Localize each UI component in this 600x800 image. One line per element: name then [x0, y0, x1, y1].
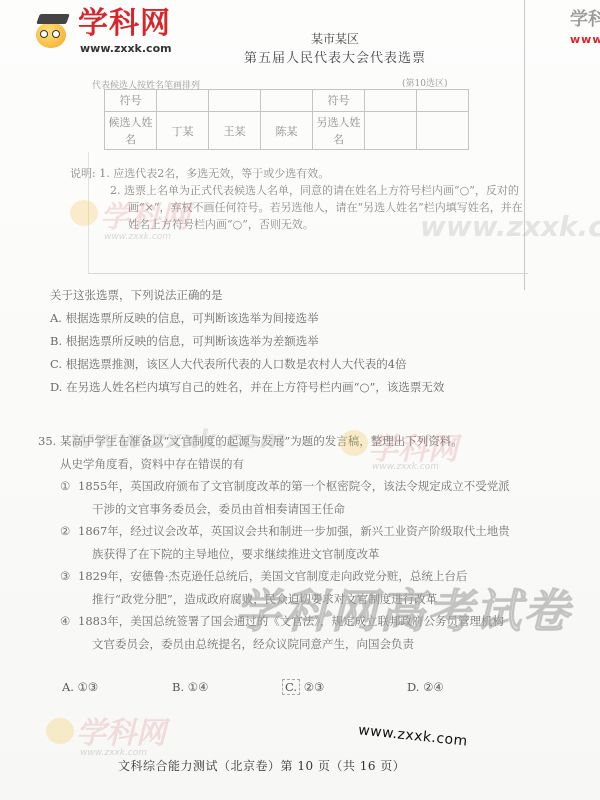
- option-d[interactable]: D. 在另选人姓名栏内填写自己的姓名，并在上方符号栏内画“○”，该选票无效: [50, 376, 570, 399]
- material-item-4: ④1883年，美国总统签署了国会通过的《文官法》，规定成立联邦政府公务员管理机构: [38, 610, 578, 633]
- other-candidate-label: 另选人姓名: [313, 112, 365, 150]
- question-stem-cont: 从史学角度看，资料中存在错误的有: [38, 453, 578, 476]
- watermark-logo: 学科网: [76, 708, 166, 752]
- option-a[interactable]: A. 根据选票所反映的信息，可判断该选举为间接选举: [50, 307, 570, 330]
- ballot-header: 某市某区 第五届人民代表大会代表选票: [0, 30, 600, 68]
- option-c[interactable]: C. 根据选票推测，该区人大代表所代表的人口数是农村人大代表的4倍: [50, 353, 570, 376]
- ballot-region: 某市某区: [0, 30, 600, 49]
- other-name-cell: [417, 112, 469, 150]
- ballot-district: (第10选区): [402, 76, 447, 89]
- material-item-3: ③1829年，安德鲁·杰克逊任总统后，美国文官制度走向政党分赃，总统上台后: [38, 565, 578, 588]
- answer-b[interactable]: B. ①④: [172, 680, 208, 694]
- material-item-1: ①1855年，英国政府颁布了文官制度改革的第一个枢密院令，该法令规定成立不受党派: [38, 475, 578, 498]
- candidate-name: 王某: [209, 112, 261, 150]
- symbol-cell: [261, 90, 313, 112]
- watermark-mascot-icon: [46, 718, 74, 744]
- exam-page: 学科网 www.zxxk.com 学科 www 某市某区 第五届人民代表大会代表…: [0, 0, 600, 800]
- symbol-cell: [417, 90, 469, 112]
- instruction-item: 2. 选票上名单为正式代表候选人名单，同意的请在姓名上方符号栏内画“○”，反对的…: [70, 182, 530, 233]
- symbol-label: 符号: [105, 90, 157, 112]
- answer-c[interactable]: C. ②③: [282, 680, 324, 694]
- ballot-instructions: 说明: 1. 应选代表2名，多选无效，等于或少选有效。 2. 选票上名单为正式代…: [70, 165, 530, 233]
- option-b[interactable]: B. 根据选票所反映的信息，可判断该选举为差额选举: [50, 330, 570, 353]
- ballot-table: 符号 符号 候选人姓名 丁某 王某 陈某 另选人姓名: [104, 89, 469, 150]
- candidate-name: 陈某: [261, 112, 313, 150]
- watermark-url: www.zxxk.com: [357, 722, 468, 749]
- instruction-item: 1. 应选代表2名，多选无效，等于或少选有效。: [99, 167, 329, 180]
- symbol-cell: [365, 90, 417, 112]
- candidate-name: 丁某: [157, 112, 209, 150]
- ballot-title: 第五届人民代表大会代表选票: [0, 49, 600, 68]
- answer-a[interactable]: A. ①③: [62, 680, 98, 694]
- symbol-cell: [209, 90, 261, 112]
- watermark-mascot-icon: [70, 200, 98, 226]
- answer-d[interactable]: D. ②④: [407, 680, 444, 694]
- material-item-2: ②1867年，经过议会改革，英国议会共和制进一步加强，新兴工业资产阶级取代土地贵: [38, 520, 578, 543]
- question-stem: 某高中学生在准备以“文官制度的起源与发展”为题的发言稿，整理出下列资料。: [60, 434, 463, 448]
- page-footer: 文科综合能力测试（北京卷）第 10 页（共 16 页）: [118, 757, 405, 774]
- question-stem: 关于这张选票，下列说法正确的是: [50, 284, 570, 307]
- candidate-label: 候选人姓名: [105, 112, 157, 150]
- question-number: 35.: [38, 430, 60, 453]
- other-symbol-label: 符号: [313, 90, 365, 112]
- symbol-cell: [157, 90, 209, 112]
- question-34: 关于这张选票，下列说法正确的是 A. 根据选票所反映的信息，可判断该选举为间接选…: [50, 284, 570, 399]
- watermark-mascot-icon: [340, 430, 368, 456]
- question-35: 35.某高中学生在准备以“文官制度的起源与发展”为题的发言稿，整理出下列资料。 …: [38, 430, 578, 655]
- other-name-cell: [365, 112, 417, 150]
